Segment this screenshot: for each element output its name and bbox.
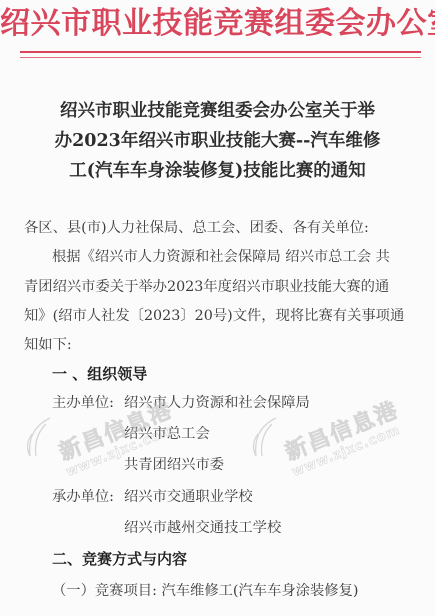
intro-line: 知》(绍市人社发〔2023〕20号)文件，现将比赛有关事项通 [24, 306, 404, 326]
title-line: 绍兴市职业技能竞赛组委会办公室关于举 [20, 96, 415, 126]
document-title: 绍兴市职业技能竞赛组委会办公室关于举 办2023年绍兴市职业技能大赛--汽车维修… [20, 96, 415, 186]
section-heading: 一 、组织领导 [52, 364, 147, 384]
leaf-logo-icon [24, 416, 54, 460]
intro-line: 青团绍兴市委关于举办2023年度绍兴市职业技能大赛的通 [24, 277, 389, 297]
organizer-item: 绍兴市人力资源和社会保障局 [124, 393, 310, 413]
header-rule-thick [20, 51, 421, 53]
title-line: 工(汽车车身涂装修复)技能比赛的通知 [20, 156, 415, 186]
host-item: 绍兴市交通职业学校 [124, 487, 253, 507]
intro-line: 知如下: [24, 335, 72, 355]
document-page: 绍兴市职业技能竞赛组委会办公室 绍兴市职业技能竞赛组委会办公室关于举 办2023… [0, 0, 435, 616]
host-item: 绍兴市越州交通技工学校 [124, 518, 281, 538]
organizers-label: 主办单位: [52, 393, 114, 413]
section-heading: 二、竞赛方式与内容 [52, 549, 187, 569]
title-line: 办2023年绍兴市职业技能大赛--汽车维修 [20, 126, 415, 156]
organizer-item: 绍兴市总工会 [124, 424, 210, 444]
watermark-url: www.zjxc.com [290, 423, 403, 480]
header-rule-thin [20, 57, 421, 58]
salutation: 各区、县(市)人力社保局、总工会、团委、各有关单位: [24, 218, 369, 238]
issuer-header: 绍兴市职业技能竞赛组委会办公室 [0, 6, 435, 42]
section-item: （一）竞赛项目: 汽车维修工(汽车车身涂装修复) [52, 581, 358, 601]
intro-line: 根据《绍兴市人力资源和社会保障局 绍兴市总工会 共 [52, 247, 390, 267]
leaf-logo-icon [250, 416, 280, 460]
hosts-label: 承办单位: [52, 487, 114, 507]
organizer-item: 共青团绍兴市委 [124, 455, 224, 475]
